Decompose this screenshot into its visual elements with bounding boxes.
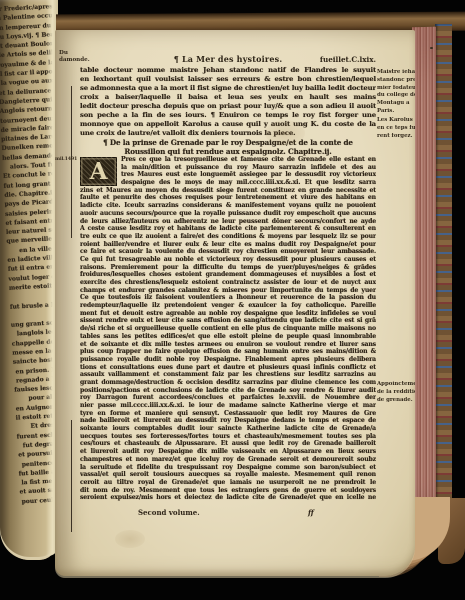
margin-note-line: standonc pre bbox=[377, 77, 415, 85]
text-line: vassal/et quil seroit tousiours auecques… bbox=[80, 471, 376, 479]
text-line: et liureroit audit roy Despaigne dix mil… bbox=[80, 448, 376, 456]
margin-note-line: de grenade. bbox=[377, 397, 415, 405]
text-line: table docteur nomme maistre Jehan stando… bbox=[80, 66, 376, 75]
text-line: A ceste cause lesditz roy et habitans de… bbox=[80, 225, 376, 233]
signature-mark: ff bbox=[308, 508, 314, 517]
text-line: monnoye que on appelloit Karolus a cause… bbox=[80, 120, 376, 129]
text-line: une croix de lautre/et valloit dix denie… bbox=[80, 129, 376, 138]
body-paragraph-2-lines: Pres ce que la tresorgueilleuse et fameu… bbox=[80, 156, 376, 502]
text-line: assaulx vaillamment et constamment faiz … bbox=[80, 371, 376, 379]
margin-note-karolus: Les Karolusen ce tēps furent forgez. bbox=[377, 117, 415, 140]
text-line: positions/pactions et conclusions de lad… bbox=[80, 387, 376, 395]
text-line: ladicte cite. Iceulx sarrazins considera… bbox=[80, 202, 376, 210]
text-line: ment fut et deuoit estre agreable au nob… bbox=[80, 310, 376, 318]
margin-rule bbox=[71, 420, 72, 532]
text-line: redempteur/laquelle ilz pretendoient ven… bbox=[80, 302, 376, 310]
body-paragraph-1: table docteur nomme maistre Jehan stando… bbox=[80, 66, 376, 138]
text-line: dit nom de roy. Mesmement que tous les e… bbox=[80, 487, 376, 495]
text-line: nade bailleroit et liureroit au dessusdi… bbox=[80, 417, 376, 425]
text-line: de leurs alliez/fauteurs ou adherentz ne… bbox=[80, 218, 376, 226]
text-line: uecques toutes ses forteresses/fortes to… bbox=[80, 433, 376, 441]
text-line: auoir aucuns secours/pource que la royal… bbox=[80, 210, 376, 218]
body-text-block: table docteur nomme maistre Jehan stando… bbox=[80, 66, 376, 502]
margin-date-note: mil.1491 bbox=[55, 156, 81, 162]
text-line: tyre en forme et maniere qui sensuyt. Ce… bbox=[80, 410, 376, 418]
recto-page: Dudamonde. ¶ La Mer des hystoires. fueil… bbox=[55, 30, 415, 576]
margin-note-line: de la reddition bbox=[377, 389, 415, 397]
margin-note-line: rent forgez. bbox=[377, 133, 415, 141]
book-cover-fore-strip bbox=[435, 24, 452, 544]
text-line: ce faire et scauoir la voulente du dessu… bbox=[80, 248, 376, 256]
margin-note-line: du college de bbox=[377, 92, 415, 100]
text-line: grant dommage/destruction & occision des… bbox=[80, 379, 376, 387]
text-line: la main/dition et puissance du roy Mauro… bbox=[121, 164, 376, 172]
margin-rule bbox=[71, 86, 72, 238]
book-photo: { "book": { "running_title": "¶ La Mer d… bbox=[0, 0, 465, 600]
facing-page: ur Frederic/apres lela Palentine occupa … bbox=[0, 0, 57, 560]
text-line: faulte et penurite des choses requises p… bbox=[80, 194, 376, 202]
text-line: zins et Maures au moyen du dessusdit sie… bbox=[80, 187, 376, 195]
heading-line: Roussillon qui fut rendue aux espaignolz… bbox=[80, 147, 376, 156]
text-line: soixante iours comptables dudit iour sai… bbox=[80, 425, 376, 433]
ink-spot bbox=[430, 47, 433, 49]
text-line: despaigne des le moys de may mil.cccc.ii… bbox=[121, 179, 376, 187]
text-line: la seruitude et fidelite du trespuissant… bbox=[80, 464, 376, 472]
text-line: tres Maures eust este longuemēt assiegee… bbox=[121, 171, 376, 179]
margin-note-line: mier fōdateur bbox=[377, 85, 415, 93]
margin-note-standonc: Maistre iehāstandonc premier fōdateurdu … bbox=[377, 69, 415, 116]
margin-note-line: en ce tēps fu bbox=[377, 125, 415, 133]
heading-line: ¶ De la prinse de Grenade par le roy Des… bbox=[80, 138, 376, 147]
text-line: froidures/lesquelles choses estoient gra… bbox=[80, 271, 376, 279]
volume-label: Second volume. bbox=[138, 508, 200, 517]
text-line: tables sans les petites edifices/et que … bbox=[80, 333, 376, 341]
page-stain bbox=[265, 120, 305, 146]
page-stain bbox=[115, 530, 145, 548]
text-line: champs et endurer grandes calamitez & mi… bbox=[80, 287, 376, 295]
text-line: seroient expulsez/mis hors et deiectez d… bbox=[80, 494, 376, 502]
margin-note-line: Appoinctemēt bbox=[377, 381, 415, 389]
text-line: ceroit au tiltre royal de Grenade/et que… bbox=[80, 479, 376, 487]
colophon-row: Second volume. ff bbox=[80, 508, 376, 520]
text-line: plus coup frapper ne faire quelque effus… bbox=[80, 348, 376, 356]
text-line: puissance royalle dudit noble roy Despai… bbox=[80, 356, 376, 364]
body-paragraph-2: A Pres ce que la tresorgueilleuse et fam… bbox=[80, 156, 376, 502]
text-line: champestres et non marez/et que iceluy r… bbox=[80, 456, 376, 464]
chapter-heading: ¶ De la prinse de Grenade par le roy Des… bbox=[80, 138, 376, 156]
margin-note-line: Les Karolus bbox=[377, 117, 415, 125]
woodcut-drop-cap-initial: A bbox=[80, 157, 117, 186]
text-line: Ce qui fut tresagreable au noble et vict… bbox=[80, 256, 376, 264]
text-line: Pres ce que la tresorgueilleuse et fameu… bbox=[121, 156, 376, 164]
margin-note-grenade: Appoinctemētde la redditionde grenade. bbox=[377, 381, 415, 404]
text-line: ledit docteur prescha depuis que on pria… bbox=[80, 102, 376, 111]
margin-note-line: Paris. bbox=[377, 108, 415, 116]
text-line: roient bailler/vendre et liurer eulx & l… bbox=[80, 241, 376, 249]
margin-note-line: Maistre iehā bbox=[377, 69, 415, 77]
folio-number: fueillet.C.lxix. bbox=[240, 55, 376, 64]
text-line: Ce que toutesfois ilz faisoient voulenti… bbox=[80, 294, 376, 302]
text-line: sissent rendre eulx et leur cite sans ef… bbox=[80, 317, 376, 325]
text-line: ces/tours et chasteaulx de Alpussarare. … bbox=[80, 440, 376, 448]
text-line: raisons. Premierement pour la difficulte… bbox=[80, 264, 376, 272]
text-line: son peche a la fin de ses iours. ¶ Enuir… bbox=[80, 111, 376, 120]
margin-note-line: Montagu a bbox=[377, 100, 415, 108]
text-line: tre eulx ce que ilz auoient a faire/et d… bbox=[80, 233, 376, 241]
text-line: croix a baiser/laquelle il baisa et leua… bbox=[80, 93, 376, 102]
text-line: de/si riche et si orgueilleuse quelle co… bbox=[80, 325, 376, 333]
text-line: nier passe mil.cccc.iiii.xx.&.xi. le iou… bbox=[80, 402, 376, 410]
text-line: tions et consultations eues dune part et… bbox=[80, 364, 376, 372]
page-fore-edge bbox=[412, 27, 436, 533]
text-line: et de soixante et dix mille testes armee… bbox=[80, 341, 376, 349]
text-line: en lexhortant quil voulsist laisser ses … bbox=[80, 75, 376, 84]
text-line: roy Darragon furent accordees/conclues e… bbox=[80, 394, 376, 402]
text-line: se admonnesta que a la mort il fist sign… bbox=[80, 84, 376, 93]
text-line: exercite des chrestiens/lesquelz estoien… bbox=[80, 279, 376, 287]
